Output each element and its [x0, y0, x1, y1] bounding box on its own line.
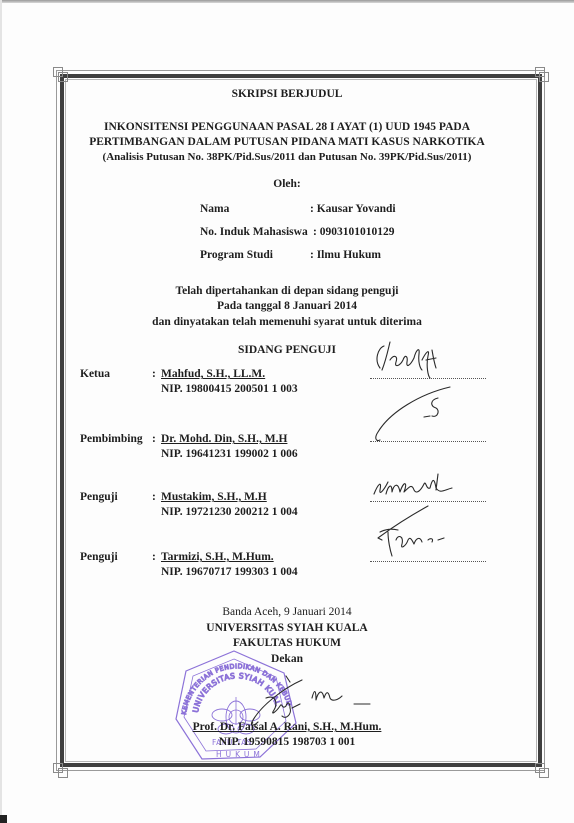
- committee-nip: NIP. 19721230 200212 1 004: [161, 505, 298, 519]
- thesis-subtitle: (Analisis Putusan No. 38PK/Pid.Sus/2011 …: [0, 150, 574, 164]
- thesis-title-line-1: INKONSITENSI PENGGUNAAN PASAL 28 I AYAT …: [0, 120, 574, 134]
- frame-corner-ornament: [539, 72, 549, 82]
- by-label: Oleh:: [0, 177, 574, 191]
- committee-name: Dr. Mohd. Din, S.H., M.H: [161, 432, 287, 446]
- dean-name: Prof. Dr. Faisal A. Rani, S.H., M.Hum.: [0, 720, 574, 734]
- thesis-title-line-2: PERTIMBANGAN DALAM PUTUSAN PIDANA MATI K…: [0, 135, 574, 149]
- student-name-label: Nama: [200, 202, 229, 216]
- signature-pembimbing: [370, 382, 480, 442]
- committee-nip: NIP. 19800415 200501 1 003: [161, 382, 298, 396]
- defense-statement-line-2: Pada tanggal 8 Januari 2014: [0, 299, 574, 313]
- student-nim-label: No. Induk Mahasiswa: [200, 225, 308, 239]
- scan-top-edge: [0, 0, 574, 3]
- committee-colon: :: [152, 367, 156, 381]
- committee-name: Mustakim, S.H., M.H: [161, 490, 267, 504]
- committee-nip: NIP. 19641231 199002 1 006: [161, 447, 298, 461]
- committee-role: Pembimbing: [80, 432, 143, 446]
- committee-colon: :: [152, 490, 156, 504]
- student-nim-value: : 0903101010129: [313, 225, 394, 239]
- signature-penguji-1: [370, 470, 480, 502]
- frame-corner-ornament: [58, 72, 68, 82]
- committee-colon: :: [152, 550, 156, 564]
- frame-corner-ornament: [539, 768, 549, 778]
- committee-role: Penguji: [80, 550, 118, 564]
- scan-artifact: [0, 815, 7, 823]
- stamp-bottom-text-2: HUKUM: [216, 750, 264, 759]
- signature-dean: [230, 668, 400, 728]
- student-program-value: : Ilmu Hukum: [310, 248, 381, 262]
- committee-role: Penguji: [80, 490, 118, 504]
- dean-nip: NIP. 19590815 198703 1 001: [0, 735, 574, 749]
- committee-nip: NIP. 19670717 199303 1 004: [161, 565, 298, 579]
- committee-heading: SIDANG PENGUJI: [0, 343, 574, 357]
- signature-ketua: [370, 340, 480, 380]
- committee-name: Mahfud, S.H., LL.M.: [161, 367, 265, 381]
- document-heading: SKRIPSI BERJUDUL: [0, 87, 574, 101]
- student-name-value: : Kausar Yovandi: [310, 202, 396, 216]
- committee-colon: :: [152, 432, 156, 446]
- defense-statement-line-3: dan dinyatakan telah memenuhi syarat unt…: [0, 315, 574, 329]
- frame-corner-ornament: [58, 768, 68, 778]
- committee-name: Tarmizi, S.H., M.Hum.: [161, 550, 274, 564]
- approval-university: UNIVERSITAS SYIAH KUALA: [0, 621, 574, 635]
- committee-role: Ketua: [80, 367, 110, 381]
- signature-penguji-2: [370, 502, 480, 562]
- student-program-label: Program Studi: [200, 248, 273, 262]
- defense-statement-line-1: Telah dipertahankan di depan sidang peng…: [0, 284, 574, 298]
- approval-place-date: Banda Aceh, 9 Januari 2014: [0, 605, 574, 619]
